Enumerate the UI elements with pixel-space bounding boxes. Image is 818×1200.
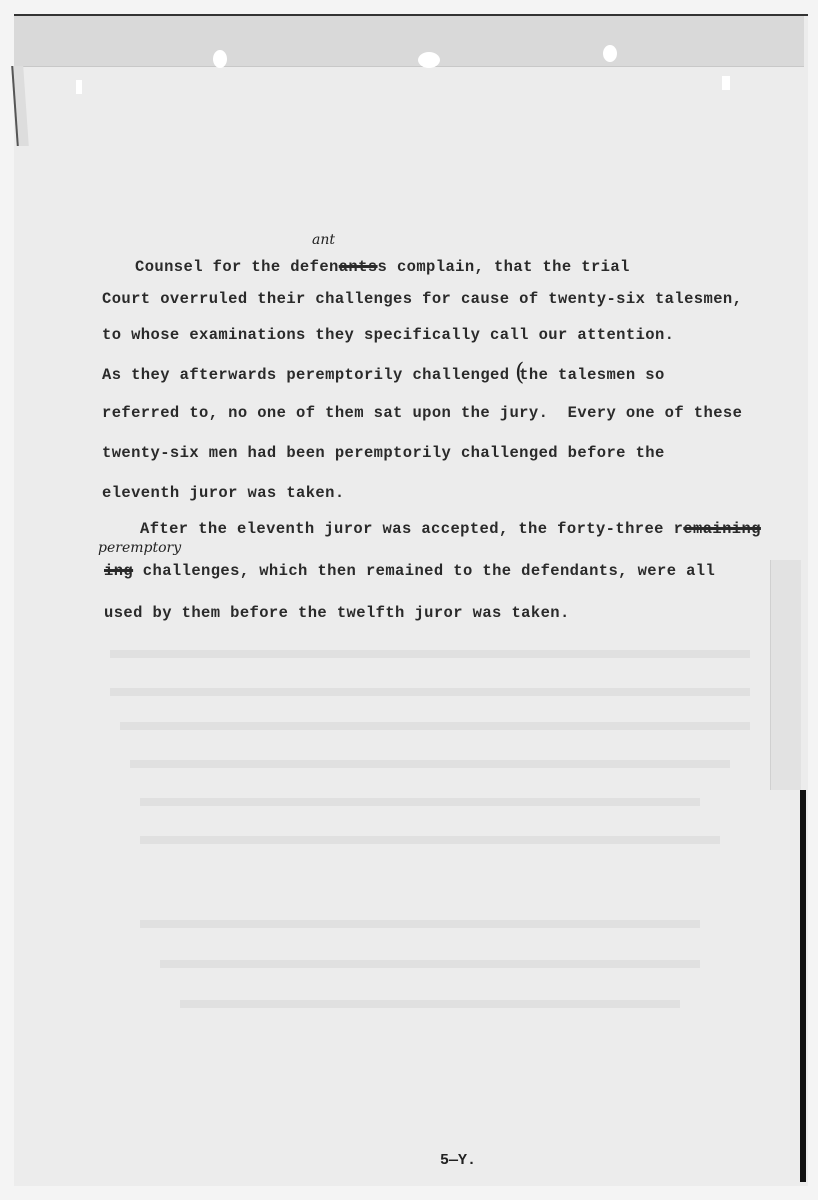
text-segment: After the eleventh juror was accepted, t… xyxy=(140,520,683,538)
staple-slot xyxy=(722,76,730,90)
text-segment: Counsel for the defen xyxy=(135,258,339,276)
text-segment: s complain, that the trial xyxy=(378,258,630,276)
text-line: After the eleventh juror was accepted, t… xyxy=(140,520,761,538)
handwritten-mark: ( xyxy=(515,358,524,386)
top-fold xyxy=(14,16,804,67)
struck-text: emaining xyxy=(683,520,761,538)
handwritten-insert: ant xyxy=(312,232,335,248)
bleed-through-line xyxy=(160,960,700,968)
bleed-through-line xyxy=(130,760,730,768)
bleed-through-line xyxy=(180,1000,680,1008)
bleed-through-line xyxy=(140,920,700,928)
staple-slot xyxy=(76,80,82,94)
document-page xyxy=(14,14,808,1186)
folded-right-flap xyxy=(770,560,801,790)
text-line: twenty-six men had been peremptorily cha… xyxy=(102,444,665,462)
text-line: used by them before the twelfth juror wa… xyxy=(104,604,570,622)
text-line: As they afterwards peremptorily challeng… xyxy=(102,366,665,384)
punch-hole xyxy=(603,45,617,62)
text-line: Counsel for the defenantss complain, tha… xyxy=(135,258,630,276)
handwritten-insert: peremptory xyxy=(98,540,181,556)
bleed-through-line xyxy=(120,722,750,730)
struck-text: ing xyxy=(104,562,133,580)
bleed-through-line xyxy=(140,798,700,806)
page-number: 5—Y. xyxy=(440,1152,476,1169)
text-line: referred to, no one of them sat upon the… xyxy=(102,404,742,422)
text-segment: challenges, which then remained to the d… xyxy=(133,562,715,580)
bleed-through-line xyxy=(110,688,750,696)
text-line: Court overruled their challenges for cau… xyxy=(102,290,742,308)
bleed-through-line xyxy=(110,650,750,658)
text-line: to whose examinations they specifically … xyxy=(102,326,674,344)
punch-hole xyxy=(418,52,440,68)
text-line: ing challenges, which then remained to t… xyxy=(104,562,715,580)
right-edge-shadow xyxy=(800,790,806,1182)
text-line: eleventh juror was taken. xyxy=(102,484,345,502)
struck-text: ants xyxy=(339,258,378,276)
punch-hole xyxy=(213,50,227,68)
bleed-through-line xyxy=(140,836,720,844)
